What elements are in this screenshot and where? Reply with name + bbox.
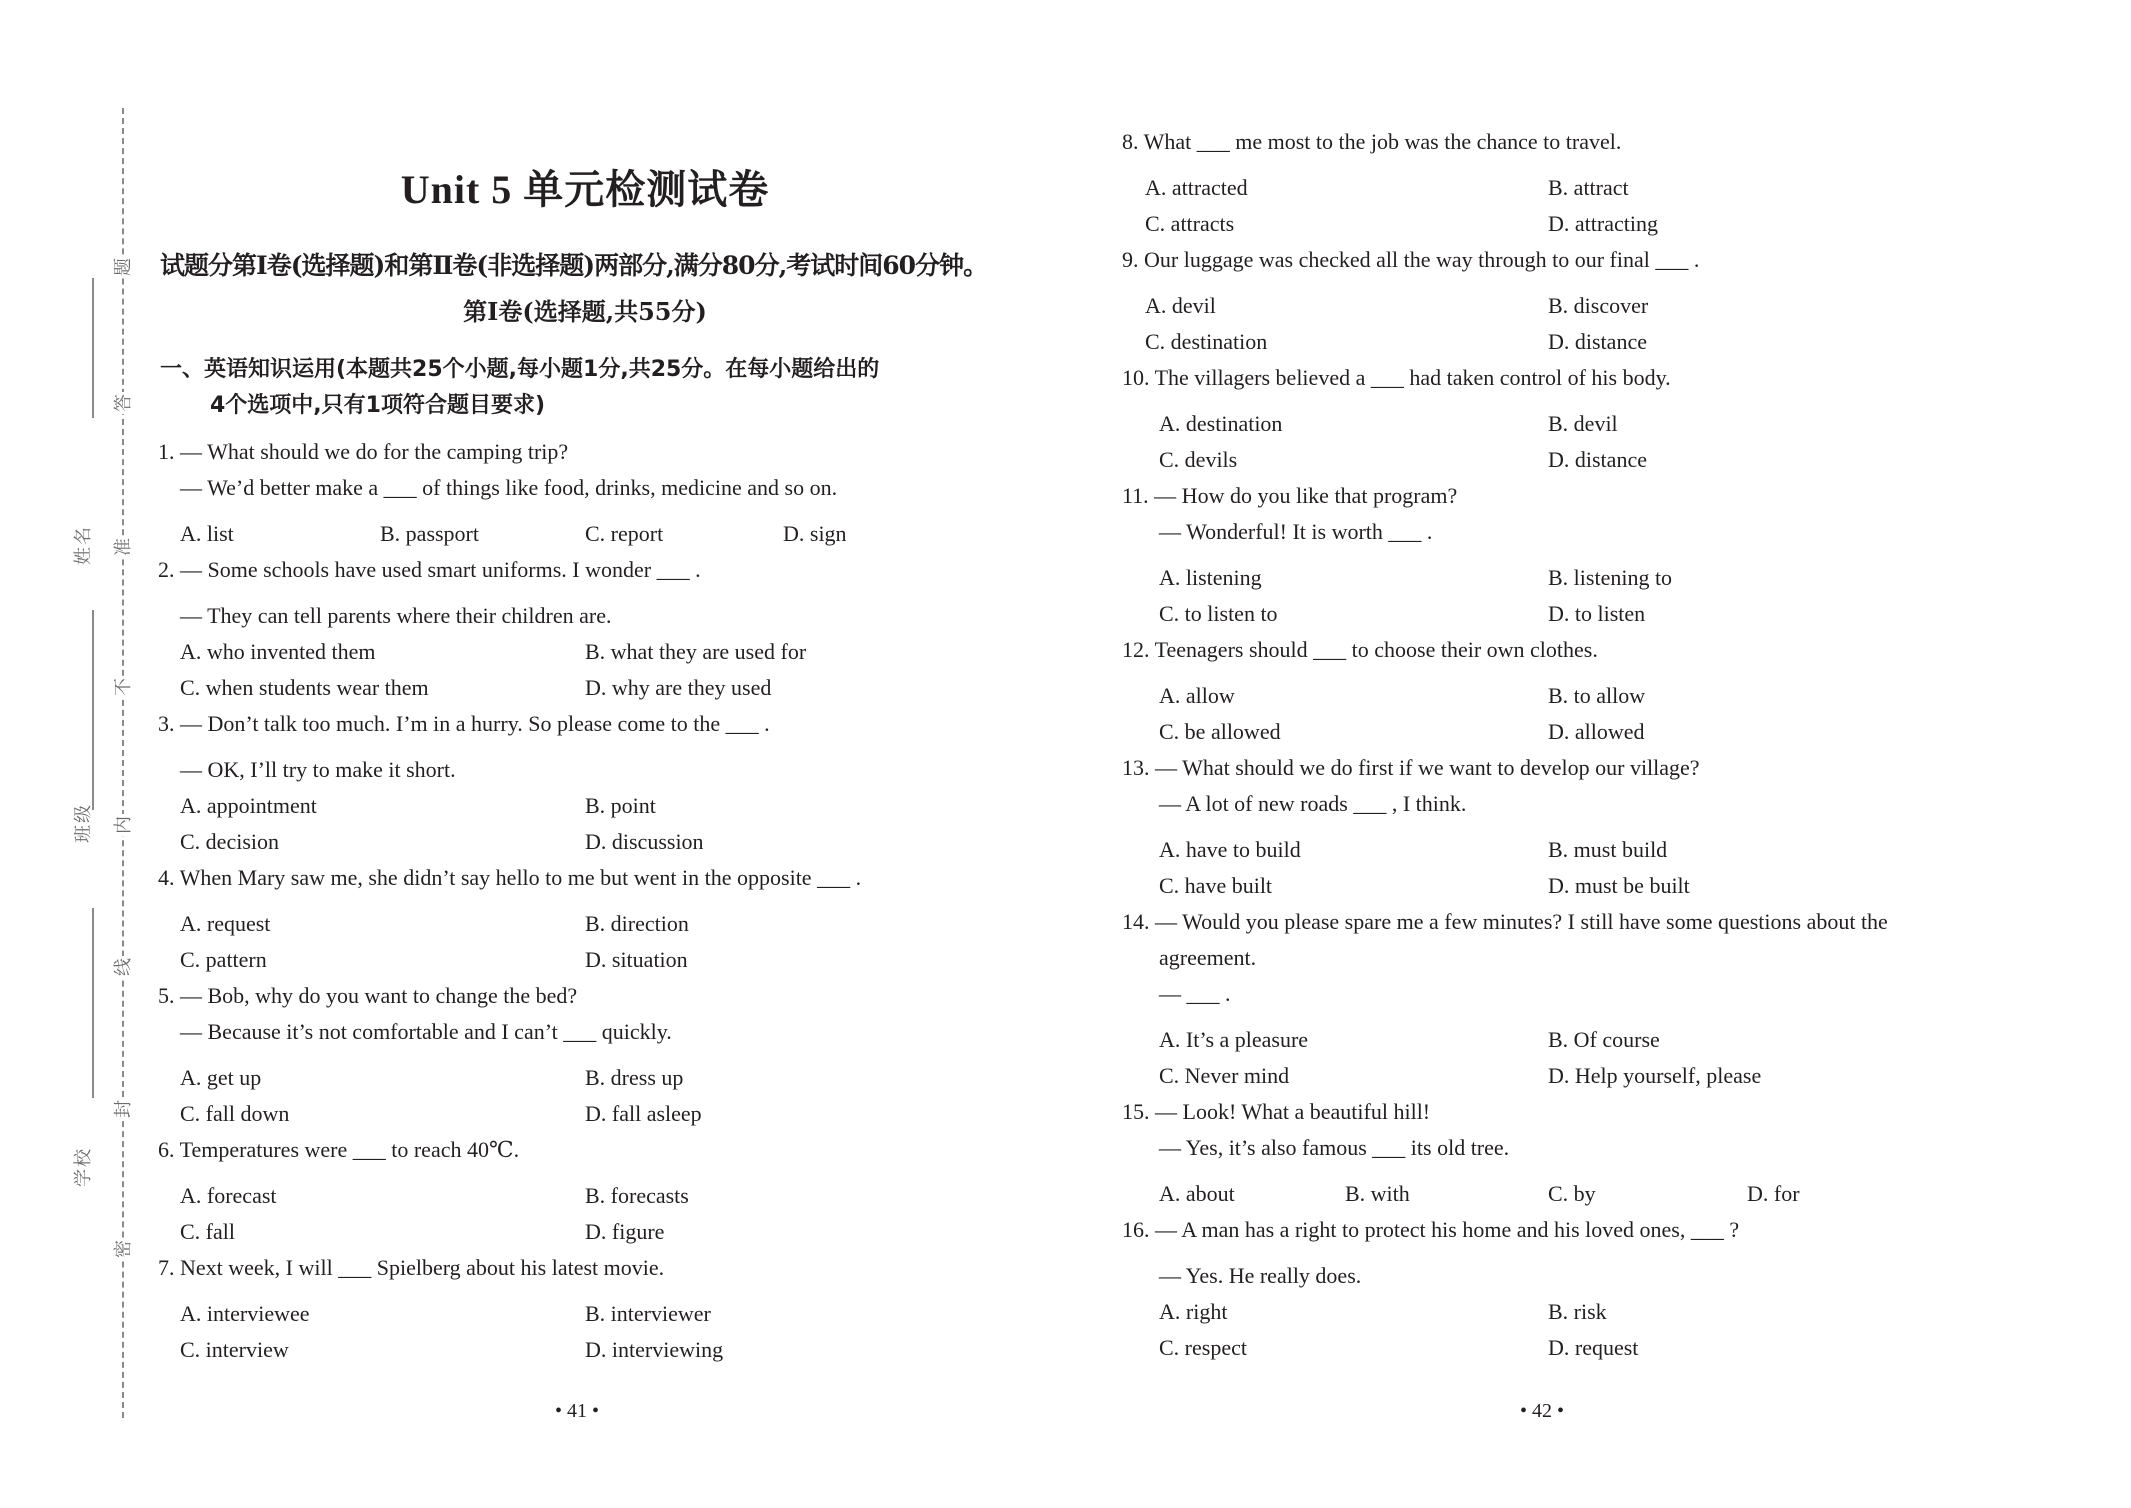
part-heading-line1: 一、英语知识运用(本题共25个小题,每小题1分,共25分。在每小题给出的 [160,357,879,382]
question-text: 6. Temperatures were ___ to reach 40℃. [158,1137,519,1163]
question-text: — Wonderful! It is worth ___ . [1159,519,1432,545]
question-text: — Yes. He really does. [1159,1263,1361,1289]
page-41: 题 答 准 不 内 线 封 密 姓名 班级 学校 Unit 5 单元检测试卷 试… [0,0,1065,1508]
option-b[interactable]: B. Of course [1548,1027,1660,1053]
option-a[interactable]: A. forecast [180,1183,277,1209]
option-b[interactable]: B. must build [1548,837,1667,863]
page-number: • 42 • [1520,1400,1564,1423]
option-d[interactable]: D. why are they used [585,675,771,701]
option-c[interactable]: C. Never mind [1159,1063,1289,1089]
question-text: 13. — What should we do first if we want… [1122,755,1700,781]
question-text: 10. The villagers believed a ___ had tak… [1122,365,1671,391]
part-heading: 一、英语知识运用(本题共25个小题,每小题1分,共25分。在每小题给出的 4个选… [160,352,1020,424]
question-text: — Yes, it’s also famous ___ its old tree… [1159,1135,1509,1161]
binding-char: 不 [112,676,134,698]
option-b[interactable]: B. forecasts [585,1183,689,1209]
binding-char: 准 [112,536,134,558]
question-text: 14. — Would you please spare me a few mi… [1122,909,1888,935]
option-d[interactable]: D. interviewing [585,1337,723,1363]
option-d[interactable]: D. distance [1548,329,1647,355]
option-d[interactable]: D. for [1747,1181,1800,1207]
option-a[interactable]: A. It’s a pleasure [1159,1027,1308,1053]
question-text: 15. — Look! What a beautiful hill! [1122,1099,1430,1125]
option-a[interactable]: A. right [1159,1299,1227,1325]
question-text: — ___ . [1159,981,1231,1007]
option-b[interactable]: B. discover [1548,293,1648,319]
name-field-line[interactable] [92,278,94,418]
binding-char: 题 [112,256,134,278]
option-d[interactable]: D. figure [585,1219,664,1245]
question-text: agreement. [1159,945,1256,971]
option-c[interactable]: C. pattern [180,947,267,973]
option-a[interactable]: A. who invented them [180,639,376,665]
part-heading-line2: 4个选项中,只有1项符合题目要求) [160,388,1020,424]
option-b[interactable]: B. dress up [585,1065,683,1091]
question-text: 4. When Mary saw me, she didn’t say hell… [158,865,861,891]
binding-char: 封 [112,1098,134,1120]
question-text: 1. — What should we do for the camping t… [158,439,568,465]
option-a[interactable]: A. have to build [1159,837,1301,863]
option-b[interactable]: B. interviewer [585,1301,711,1327]
section-title: 第Ⅰ卷(选择题,共55分) [160,292,1010,327]
question-text: — Because it’s not comfortable and I can… [180,1019,672,1045]
name-field-label: 姓名 [69,541,95,565]
option-d[interactable]: D. situation [585,947,688,973]
option-b[interactable]: B. with [1345,1181,1410,1207]
option-c[interactable]: C. destination [1145,329,1267,355]
option-c[interactable]: C. to listen to [1159,601,1278,627]
option-a[interactable]: A. request [180,911,270,937]
option-c[interactable]: C. attracts [1145,211,1234,237]
school-field-label: 学校 [69,1163,95,1187]
binding-char: 答 [112,392,134,414]
binding-char: 密 [112,1238,134,1260]
page-title: Unit 5 单元检测试卷 [160,158,1010,215]
option-a[interactable]: A. destination [1159,411,1282,437]
option-a[interactable]: A. interviewee [180,1301,310,1327]
option-c[interactable]: C. devils [1159,447,1237,473]
option-d[interactable]: D. allowed [1548,719,1645,745]
option-c[interactable]: C. respect [1159,1335,1247,1361]
question-text: 11. — How do you like that program? [1122,483,1457,509]
question-text: 8. What ___ me most to the job was the c… [1122,129,1621,155]
question-text: — We’d better make a ___ of things like … [180,475,837,501]
option-b[interactable]: B. attract [1548,175,1629,201]
option-d[interactable]: D. Help yourself, please [1548,1063,1761,1089]
option-c[interactable]: C. fall down [180,1101,289,1127]
option-b[interactable]: B. listening to [1548,565,1672,591]
binding-char: 内 [112,814,134,836]
option-c[interactable]: C. when students wear them [180,675,429,701]
question-text: — A lot of new roads ___ , I think. [1159,791,1466,817]
option-d[interactable]: D. request [1548,1335,1638,1361]
option-d[interactable]: D. fall asleep [585,1101,702,1127]
option-d[interactable]: D. to listen [1548,601,1645,627]
option-a[interactable]: A. allow [1159,683,1235,709]
option-a[interactable]: A. devil [1145,293,1216,319]
option-a[interactable]: A. get up [180,1065,261,1091]
binding-char: 线 [112,956,134,978]
question-text: 9. Our luggage was checked all the way t… [1122,247,1699,273]
class-field-label: 班级 [69,819,95,843]
question-text: 3. — Don’t talk too much. I’m in a hurry… [158,711,770,737]
option-a[interactable]: A. about [1159,1181,1235,1207]
option-c[interactable]: C. by [1548,1181,1596,1207]
question-text: 12. Teenagers should ___ to choose their… [1122,637,1598,663]
option-a[interactable]: A. listening [1159,565,1262,591]
option-c[interactable]: C. interview [180,1337,289,1363]
option-a[interactable]: A. list [180,521,234,547]
option-b[interactable]: B. to allow [1548,683,1645,709]
option-c[interactable]: C. fall [180,1219,235,1245]
exam-intro: 试题分第Ⅰ卷(选择题)和第Ⅱ卷(非选择题)两部分,满分80分,考试时间60分钟。 [160,246,987,282]
question-text: 16. — A man has a right to protect his h… [1122,1217,1739,1243]
question-text: 7. Next week, I will ___ Spielberg about… [158,1255,664,1281]
option-b[interactable]: B. devil [1548,411,1618,437]
option-c[interactable]: C. decision [180,829,279,855]
question-text: 2. — Some schools have used smart unifor… [158,557,701,583]
binding-dashed-line [122,108,124,1418]
page-42: 8. What ___ me most to the job was the c… [1065,0,2131,1508]
option-a[interactable]: A. attracted [1145,175,1248,201]
option-d[interactable]: D. sign [783,521,847,547]
option-b[interactable]: B. passport [380,521,479,547]
option-d[interactable]: D. must be built [1548,873,1690,899]
option-b[interactable]: B. point [585,793,656,819]
option-b[interactable]: B. direction [585,911,689,937]
school-field-line[interactable] [92,908,94,1098]
option-d[interactable]: D. attracting [1548,211,1658,237]
question-text: 5. — Bob, why do you want to change the … [158,983,577,1009]
option-c[interactable]: C. have built [1159,873,1272,899]
option-a[interactable]: A. appointment [180,793,317,819]
class-field-line[interactable] [92,610,94,810]
option-d[interactable]: D. distance [1548,447,1647,473]
page-number: • 41 • [555,1400,599,1423]
option-c[interactable]: C. be allowed [1159,719,1281,745]
question-text: — OK, I’ll try to make it short. [180,757,456,783]
option-b[interactable]: B. what they are used for [585,639,806,665]
option-c[interactable]: C. report [585,521,663,547]
question-text: — They can tell parents where their chil… [180,603,611,629]
option-b[interactable]: B. risk [1548,1299,1607,1325]
option-d[interactable]: D. discussion [585,829,704,855]
